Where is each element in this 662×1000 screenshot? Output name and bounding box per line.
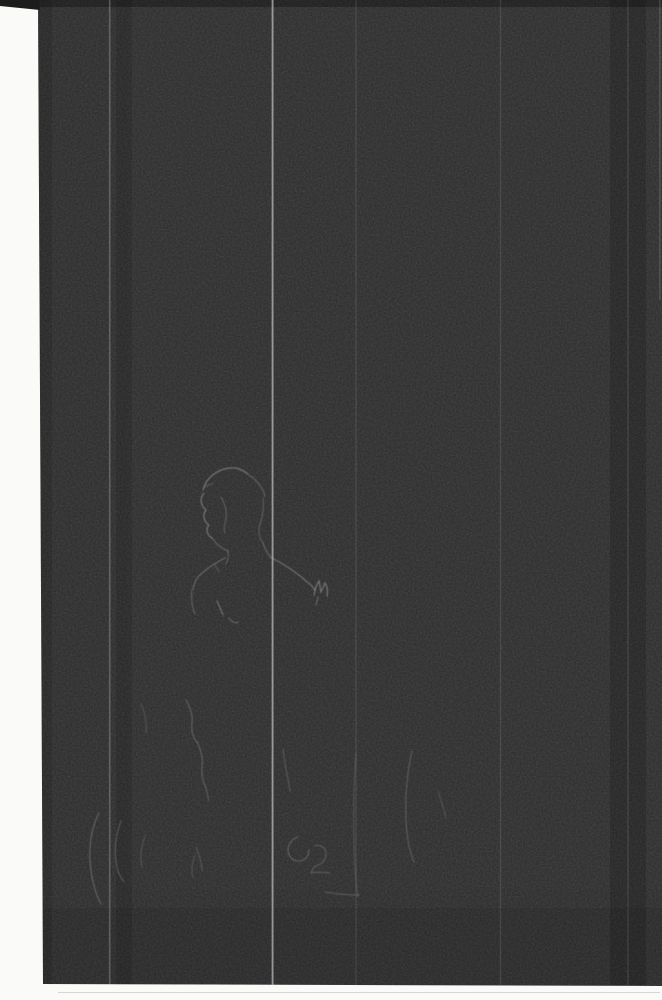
inner-left-dark-band — [116, 0, 132, 985]
bottom-scan-shadow-line — [58, 992, 660, 993]
scan-canvas — [0, 0, 662, 1000]
page-texture-svg — [0, 0, 662, 1000]
page-top-left-edge-strip — [0, 0, 40, 11]
black-cover-page — [0, 0, 662, 1000]
film-grain-fine — [0, 0, 662, 1000]
left-edge-dark-band — [38, 0, 52, 985]
bottom-dark-band — [38, 908, 662, 985]
